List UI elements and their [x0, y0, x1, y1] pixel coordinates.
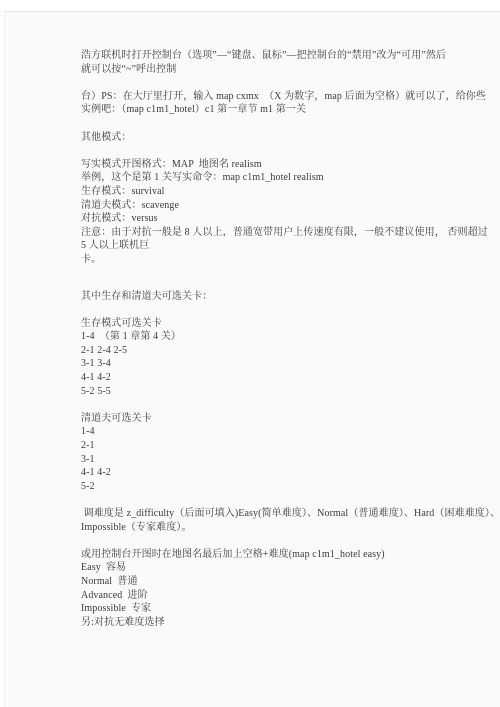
paragraph: 生存模式可选关卡 1-4 （第 1 章第 4 关） 2-1 2-4 2-5 3-…: [81, 317, 492, 399]
paragraph: 浩方联机时打开控制台（选项”—“键盘、鼠标”—把控制台的“禁用”改为“可用”然后…: [81, 49, 492, 76]
document-page: 浩方联机时打开控制台（选项”—“键盘、鼠标”—把控制台的“禁用”改为“可用”然后…: [4, 11, 500, 707]
paragraph: 其中生存和清道夫可选关卡：: [81, 290, 492, 304]
paragraph: 其他模式：: [81, 131, 492, 145]
screenshot-root: { "colors": { "text": "#3b3b3b", "page_b…: [0, 0, 500, 707]
paragraph: 写实模式开图格式：MAP 地图名 realism 举例，这个是第 1 关写实命令…: [81, 158, 492, 267]
paragraph: 或用控制台开图时在地图名最后加上空格+难度(map c1m1_hotel eas…: [81, 548, 492, 630]
paragraph: 台）PS：在大厅里打开，输入 map cxmx （X 为数字，map 后面为空格…: [81, 90, 492, 117]
paragraph: 清道夫可选关卡 1-4 2-1 3-1 4-1 4-2 5-2: [81, 412, 492, 494]
paragraph: 调难度是 z_difficulty（后面可填入)Easy(简单难度）、Norma…: [81, 507, 492, 534]
document-body: 浩方联机时打开控制台（选项”—“键盘、鼠标”—把控制台的“禁用”改为“可用”然后…: [5, 12, 500, 629]
